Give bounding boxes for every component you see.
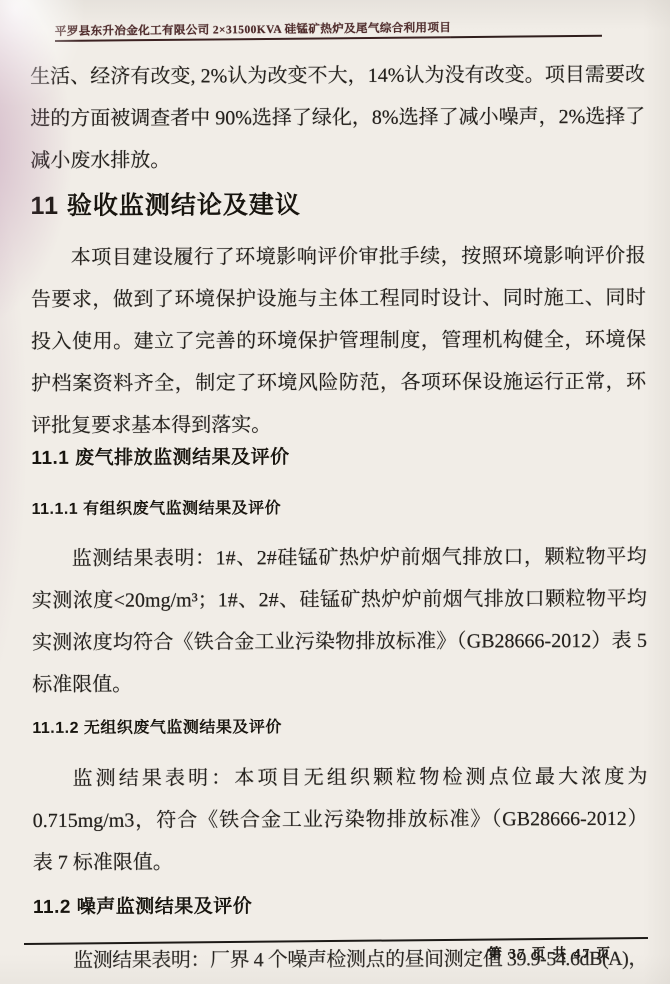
running-header-title: 平罗县东升冶金化工有限公司 2×31500KVA 硅锰矿热炉及尾气综合利用项目	[55, 19, 452, 42]
chapter-heading-11: 11 验收监测结论及建议	[30, 188, 645, 223]
section-heading-11-1: 11.1 废气排放监测结果及评价	[31, 445, 646, 471]
scanned-report-page: 平罗县东升冶金化工有限公司 2×31500KVA 硅锰矿热炉及尾气综合利用项目 …	[0, 0, 670, 984]
para-organized-emission-results: 监测结果表明：1#、2#硅锰矿热炉炉前烟气排放口，颗粒物平均实测浓度<20mg/…	[32, 536, 648, 706]
page-number: 第 37 页 共 47 页	[488, 942, 612, 962]
page-body: 生活、经济有改变, 2%认为改变不大，14%认为没有改变。项目需要改进的方面被调…	[30, 54, 648, 982]
section-heading-11-2: 11.2 噪声监测结果及评价	[33, 894, 648, 920]
running-header: 平罗县东升冶金化工有限公司 2×31500KVA 硅锰矿热炉及尾气综合利用项目	[55, 18, 602, 42]
para-public-survey: 生活、经济有改变, 2%认为改变不大，14%认为没有改变。项目需要改进的方面被调…	[30, 54, 645, 182]
running-header-rule	[451, 35, 602, 38]
subsection-heading-11-1-2: 11.1.2 无组织废气监测结果及评价	[32, 716, 647, 739]
subsection-heading-11-1-1: 11.1.1 有组织废气监测结果及评价	[32, 497, 647, 520]
para-chapter-intro: 本项目建设履行了环境影响评价审批手续，按照环境影响评价报告要求，做到了环境保护设…	[31, 235, 647, 447]
para-fugitive-emission-results: 监测结果表明：本项目无组织颗粒物检测点位最大浓度为0.715mg/m3，符合《铁…	[32, 756, 647, 884]
